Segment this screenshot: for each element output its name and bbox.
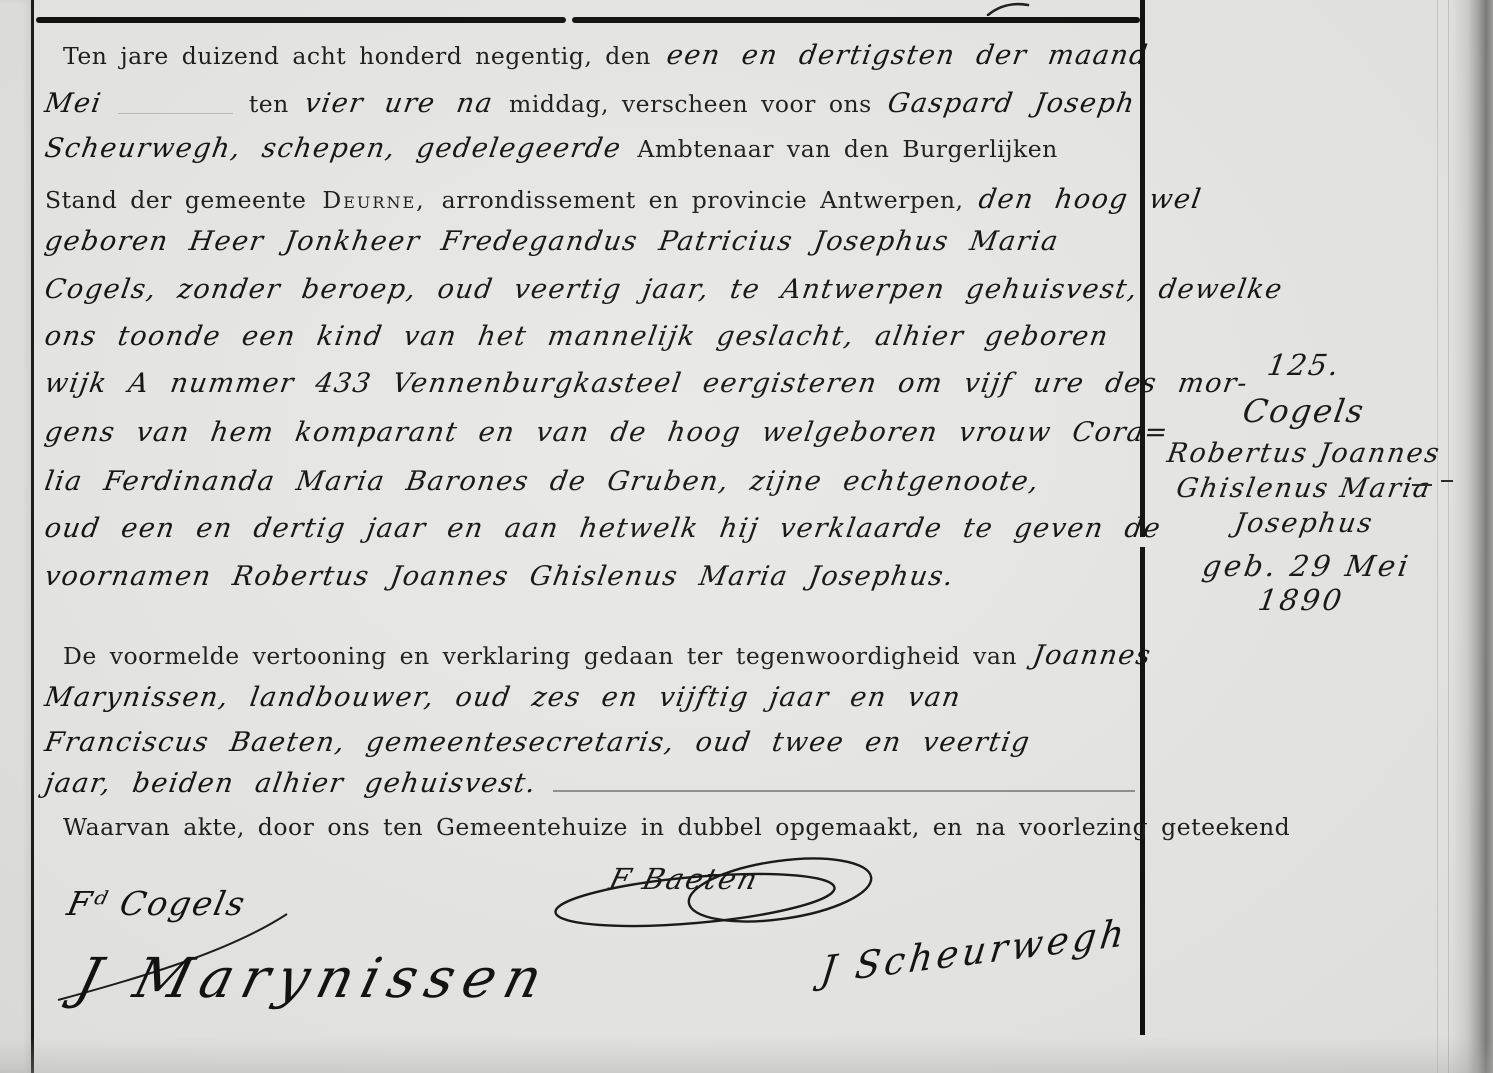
printed-text: ten (249, 90, 289, 118)
act-line-9: gens van hem komparant en van de hoog we… (45, 417, 1135, 448)
blank-field-line (118, 113, 233, 114)
act-line-15: Franciscus Baeten, gemeentesecretaris, o… (45, 727, 1135, 758)
margin-given-names-3: Josephus (1156, 508, 1453, 539)
margin-birth-date: geb. 29 Mei 1890 (1153, 549, 1456, 617)
handwritten-text: Gaspard Joseph (885, 88, 1137, 119)
printed-text: Waarvan akte, door ons ten Gemeentehuize… (63, 813, 1290, 841)
handwritten-text: jaar, beiden alhier gehuisvest. (43, 768, 540, 799)
act-line-16: jaar, beiden alhier gehuisvest. (45, 768, 1135, 799)
margin-note: 125. Cogels Robertus Joannes Ghislenus M… (1158, 348, 1450, 617)
handwritten-text: oud een en dertig jaar en aan hetwelk hi… (43, 513, 1164, 544)
act-line-6: Cogels, zonder beroep, oud veertig jaar,… (45, 274, 1135, 305)
handwritten-text: vier ure na (302, 88, 495, 119)
margin-dash (1412, 484, 1432, 486)
handwritten-text: lia Ferdinanda Maria Barones de Gruben, … (43, 466, 1042, 497)
printed-text: Deurne, (322, 186, 425, 214)
act-line-7: ons toonde een kind van het mannelijk ge… (45, 321, 1135, 352)
act-number: 125. (1155, 348, 1452, 382)
act-line-3: Scheurwegh, schepen, gedelegeerdeAmbtena… (45, 133, 1135, 164)
margin-given-names-2: Ghislenus Maria (1156, 473, 1453, 504)
act-line-8: wijk A nummer 433 Vennenburgkasteel eerg… (45, 368, 1135, 399)
printed-text: arrondissement en provincie Antwerpen, (442, 186, 964, 214)
act-line-17: Waarvan akte, door ons ten Gemeentehuize… (45, 813, 1135, 841)
act-line-1: Ten jare duizend acht honderd negentig, … (45, 40, 1135, 71)
printed-text: De voormelde vertooning en verklaring ge… (63, 642, 1017, 670)
handwritten-text: Scheurwegh, schepen, gedelegeerde (43, 133, 624, 164)
printed-text: Ten jare duizend acht honderd negentig, … (63, 42, 651, 70)
birth-act-scan: Ten jare duizend acht honderd negentig, … (0, 0, 1493, 1073)
margin-dash (1441, 480, 1453, 482)
act-line-10: lia Ferdinanda Maria Barones de Gruben, … (45, 466, 1135, 497)
handwritten-text: wijk A nummer 433 Vennenburgkasteel eerg… (43, 368, 1251, 399)
handwritten-text: Cogels, zonder beroep, oud veertig jaar,… (43, 274, 1286, 305)
margin-surname: Cogels (1155, 392, 1453, 430)
act-line-5: geboren Heer Jonkheer Fredegandus Patric… (45, 226, 1135, 257)
margin-given-names-1: Robertus Joannes (1156, 438, 1453, 469)
handwritten-text: Mei (43, 88, 105, 119)
signature-j-marynissen: J Marynissen (70, 946, 557, 1010)
handwritten-text: Marynissen, landbouwer, oud zes en vijft… (43, 682, 964, 713)
handwritten-text: gens van hem komparant en van de hoog we… (43, 417, 1172, 448)
filler-rule (553, 790, 1135, 792)
act-line-14: Marynissen, landbouwer, oud zes en vijft… (45, 682, 1135, 713)
act-line-2: Meitenvier ure namiddag, verscheen voor … (45, 88, 1135, 119)
handwritten-text: Joannes (1031, 640, 1154, 671)
printed-text: Ambtenaar van den Burgerlijken (637, 135, 1057, 163)
handwritten-text: ons toonde een kind van het mannelijk ge… (43, 321, 1112, 352)
printed-text: Stand der gemeente (45, 186, 306, 214)
act-line-4: Stand der gemeenteDeurne,arrondissement … (45, 184, 1135, 215)
handwritten-text: Franciscus Baeten, gemeentesecretaris, o… (43, 727, 1033, 758)
signature-f-baeten-text: F Baeten (606, 862, 763, 896)
handwritten-text: geboren Heer Jonkheer Fredegandus Patric… (43, 226, 1062, 257)
printed-text: middag, verscheen voor ons (509, 90, 872, 118)
act-line-12: voornamen Robertus Joannes Ghislenus Mar… (45, 561, 1135, 592)
handwritten-text: voornamen Robertus Joannes Ghislenus Mar… (43, 561, 957, 592)
act-line-13: De voormelde vertooning en verklaring ge… (45, 640, 1135, 671)
act-line-11: oud een en dertig jaar en aan hetwelk hi… (45, 513, 1135, 544)
handwritten-text: den hoog wel (977, 184, 1205, 215)
handwritten-text: een en dertigsten der maand (664, 40, 1150, 71)
